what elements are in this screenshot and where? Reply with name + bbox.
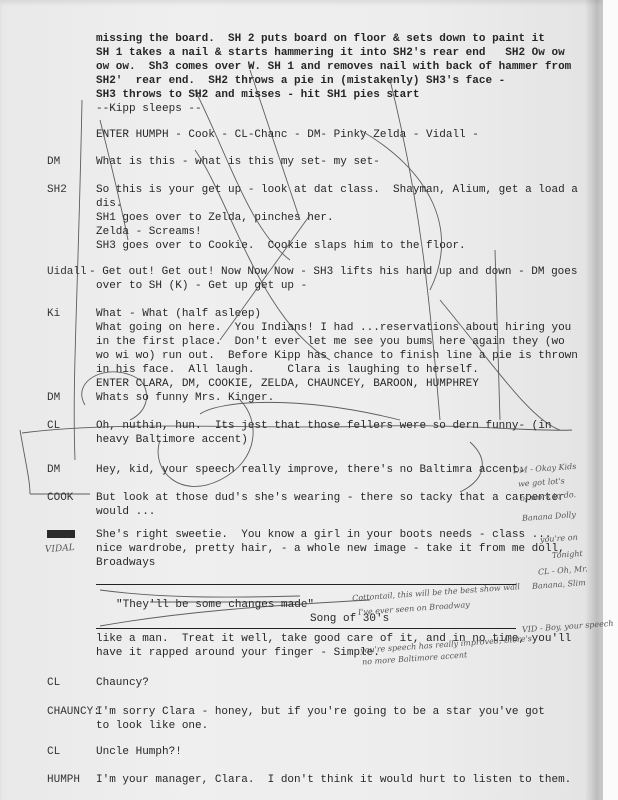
dialogue-line: to look like one.	[96, 719, 208, 733]
song-title: "They'll be some changes made"	[116, 598, 314, 612]
stage-direction: missing the board. SH 2 puts board on fl…	[96, 32, 545, 46]
speaker-label: CL	[47, 419, 60, 433]
speaker-label: HUMPH	[47, 773, 80, 787]
dialogue-line: Hey, kid, your speech really improve, th…	[96, 463, 525, 477]
dialogue-line: What is this - what is this my set- my s…	[96, 155, 380, 169]
speaker-label: CL	[47, 745, 60, 759]
speaker-label: DM	[47, 155, 60, 169]
dialogue-line: What - What (half asleep)	[96, 307, 261, 321]
redacted-speaker	[47, 530, 75, 538]
stage-direction: ENTER CLARA, DM, COOKIE, ZELDA, CHAUNCEY…	[96, 377, 479, 391]
speaker-label: CHAUNCY:	[47, 705, 100, 719]
speaker-label: COOK	[47, 491, 73, 505]
speaker-label: CL	[47, 676, 60, 690]
stage-direction: --Kipp sleeps --	[96, 102, 202, 116]
speaker-label: Uidall	[47, 265, 87, 279]
dialogue-line: She's right sweetie. You know a girl in …	[96, 528, 551, 542]
dialogue-line: What going on here. You Indians! I had .…	[96, 321, 571, 335]
speaker-label: DM	[47, 463, 60, 477]
dialogue-line: Oh, nuthin, hun. Its jest that those fel…	[96, 419, 551, 433]
speaker-label: Ki	[47, 307, 60, 321]
stage-direction: in his face. All laugh. Clara is laughin…	[96, 363, 479, 377]
dialogue-line: have it rapped around your finger - Simp…	[96, 646, 380, 660]
dialogue-line: wo wi wo) run out. Before Kipp has chanc…	[96, 349, 578, 363]
handwritten-note: Tonight	[552, 549, 583, 561]
script-page	[0, 0, 603, 800]
dialogue-line: - Get out! Get out! Now Now Now - SH3 li…	[89, 265, 577, 279]
dialogue-line: Chauncy?	[96, 676, 149, 690]
dialogue-line: But look at those dud's she's wearing - …	[96, 491, 565, 505]
speaker-label: DM	[47, 391, 60, 405]
dialogue-line: Broadways	[96, 556, 155, 570]
stage-direction: ow ow. Sh3 comes over W. SH 1 and remove…	[96, 60, 571, 74]
page-edge	[603, 0, 618, 800]
stage-direction: Zelda - Screams!	[96, 225, 202, 239]
speaker-label: SH2	[47, 183, 67, 197]
stage-direction: SH3 goes over to Cookie. Cookie slaps hi…	[96, 239, 466, 253]
dialogue-line: in the first place. Don't ever let me se…	[96, 335, 565, 349]
handwritten-speaker: VIDAL	[45, 543, 75, 555]
dialogue-line: dis.	[96, 197, 122, 211]
stage-direction: SH3 throws to SH2 and misses - hit SH1 p…	[96, 88, 419, 102]
song-box-top-rule	[96, 584, 516, 585]
stage-direction: SH2' rear end. SH2 throws a pie in (mist…	[96, 74, 505, 88]
stage-direction: SH 1 takes a nail & starts hammering it …	[96, 46, 565, 60]
stage-direction: SH1 goes over to Zelda, pinches her.	[96, 211, 334, 225]
dialogue-line: nice wardrobe, pretty hair, - a whole ne…	[96, 542, 565, 556]
stage-direction: ENTER HUMPH - Cook - CL-Chanc - DM- Pink…	[96, 128, 479, 142]
dialogue-line: Whats so funny Mrs. Kinger.	[96, 391, 274, 405]
song-box-bottom-rule	[96, 628, 516, 629]
dialogue-line: I'm sorry Clara - honey, but if you're g…	[96, 705, 545, 719]
dialogue-line: I'm your manager, Clara. I don't think i…	[96, 773, 571, 787]
dialogue-line: over to SH (K) - Get up get up -	[96, 279, 307, 293]
dialogue-line: Uncle Humph?!	[96, 745, 182, 759]
dialogue-line: heavy Baltimore accent)	[96, 433, 248, 447]
dialogue-line: would ...	[96, 505, 155, 519]
dialogue-line: So this is your get up - look at dat cla…	[96, 183, 578, 197]
